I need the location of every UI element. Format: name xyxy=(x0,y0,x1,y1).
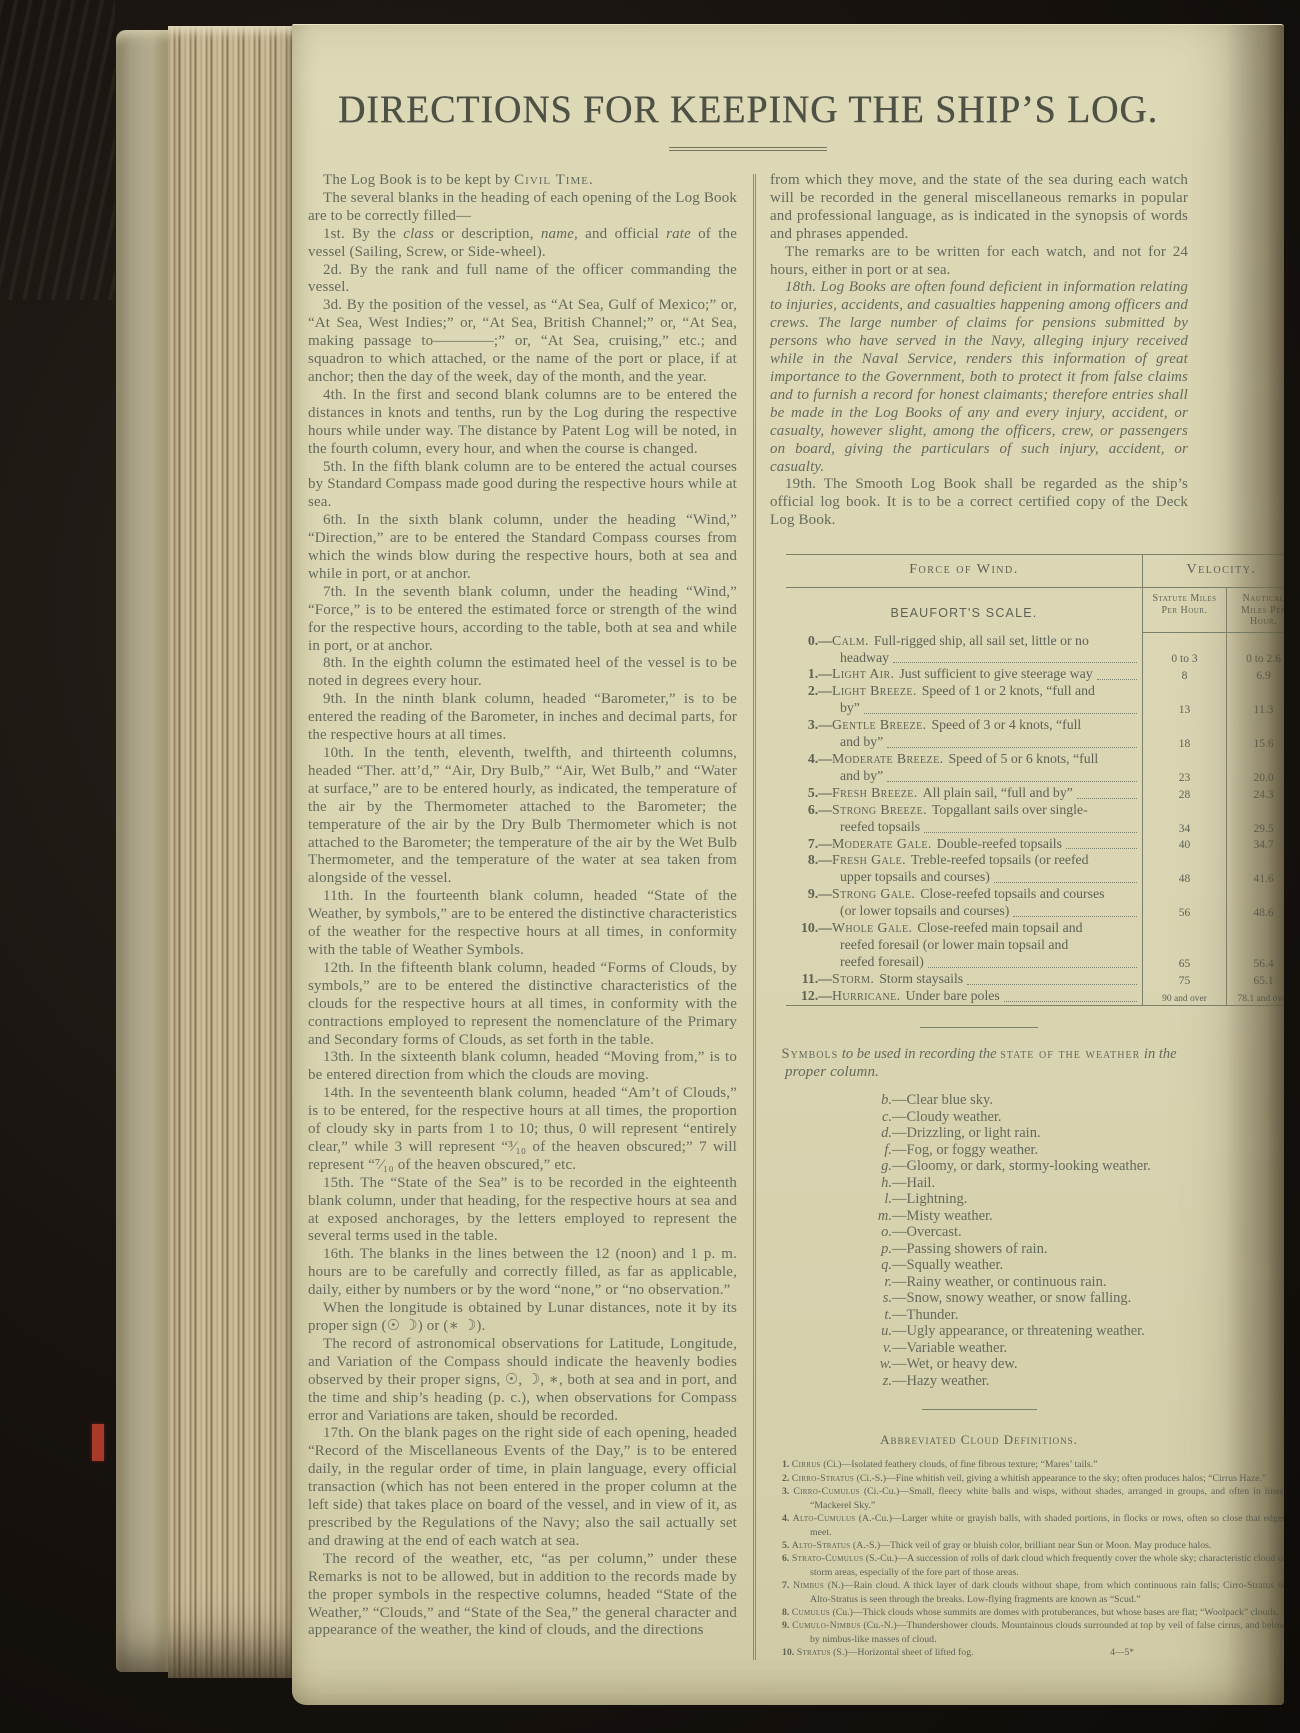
list-item: z.—Hazy weather. xyxy=(866,1373,1188,1390)
page-content: DIRECTIONS FOR KEEPING THE SHIP’S LOG. T… xyxy=(308,25,1188,1705)
item-14th: 14th. In the seventeenth blank column, h… xyxy=(308,1085,737,1175)
left-column: The Log Book is to be kept by Civil Time… xyxy=(308,172,737,1660)
list-item: 8. Cumulus (Cu.)—Thick clouds whose summ… xyxy=(770,1606,1284,1619)
item-3d: 3d. By the position of the vessel, as “A… xyxy=(308,297,737,387)
list-item: 9. Cumulo-Nimbus (Cu.-N.)—Thundershower … xyxy=(770,1619,1284,1646)
list-item: 4. Alto-Cumulus (A.-Cu.)—Larger white or… xyxy=(770,1512,1284,1539)
force-of-wind-header: Force of Wind. xyxy=(786,555,1142,587)
column-divider-rule xyxy=(753,174,756,1660)
list-item: l.—Lightning. xyxy=(866,1191,1188,1208)
table-row: 10.—Whole Gale.Close-reefed main topsail… xyxy=(786,920,1284,971)
scan-margin-streaks xyxy=(0,0,115,300)
statute-miles-header: Statute Miles Per Hour. xyxy=(1142,588,1226,633)
item-17th: 17th. On the blank pages on the right si… xyxy=(308,1425,737,1550)
item-7th: 7th. In the seventh blank column, under … xyxy=(308,584,737,656)
list-item: d.—Drizzling, or light rain. xyxy=(866,1125,1188,1142)
blanks-paragraph: The several blanks in the heading of eac… xyxy=(308,190,737,226)
table-row: 3.—Gentle Breeze.Speed of 3 or 4 knots, … xyxy=(786,717,1284,751)
list-item: f.—Fog, or foggy weather. xyxy=(866,1142,1188,1159)
cloud-definitions-list: 1. Cirrus (Ci.)—Isolated feathery clouds… xyxy=(770,1458,1284,1660)
list-item: s.—Snow, snowy weather, or snow falling. xyxy=(866,1290,1188,1307)
table-subheader-row: BEAUFORT'S SCALE. Statute Miles Per Hour… xyxy=(786,588,1284,633)
item-1st: 1st. By the class or description, name, … xyxy=(308,226,737,262)
list-item: c.—Cloudy weather. xyxy=(866,1109,1188,1126)
list-item: t.—Thunder. xyxy=(866,1307,1188,1324)
list-item: g.—Gloomy, or dark, stormy-looking weath… xyxy=(866,1158,1188,1175)
table-row: 1.—Light Air.Just sufficient to give ste… xyxy=(786,666,1284,683)
intro-paragraph: The Log Book is to be kept by Civil Time… xyxy=(308,172,737,190)
continuation-paragraph: from which they move, and the state of t… xyxy=(770,172,1188,244)
table-row: 6.—Strong Breeze.Topgallant sails over s… xyxy=(786,802,1284,836)
table-row: 9.—Strong Gale.Close-reefed topsails and… xyxy=(786,886,1284,920)
symbols-heading: Symbols to be used in recording the stat… xyxy=(744,1045,1214,1064)
cloud-definitions-heading: Abbreviated Cloud Definitions. xyxy=(770,1432,1188,1448)
table-row: 5.—Fresh Breeze.All plain sail, “full an… xyxy=(786,785,1284,802)
item-10th: 10th. In the tenth, eleventh, twelfth, a… xyxy=(308,745,737,888)
section-divider-rule xyxy=(920,1027,1038,1028)
list-item: 1. Cirrus (Ci.)—Isolated feathery clouds… xyxy=(770,1458,1284,1471)
list-item: 7. Nimbus (N.)—Rain cloud. A thick layer… xyxy=(770,1579,1284,1606)
item-4th: 4th. In the first and second blank colum… xyxy=(308,387,737,459)
item-19th: 19th. The Smooth Log Book shall be regar… xyxy=(770,476,1188,530)
item-15th: 15th. The “State of the Sea” is to be re… xyxy=(308,1175,737,1247)
right-column: from which they move, and the state of t… xyxy=(770,172,1188,1660)
scanned-page: DIRECTIONS FOR KEEPING THE SHIP’S LOG. T… xyxy=(292,24,1284,1705)
list-item: 6. Strato-Cumulus (S.-Cu.)—A succession … xyxy=(770,1552,1284,1579)
item-6th: 6th. In the sixth blank column, under th… xyxy=(308,512,737,584)
page-fore-edges xyxy=(168,26,296,1678)
astronomical-paragraph: The record of astronomical observations … xyxy=(308,1336,737,1426)
table-row: 2.—Light Breeze.Speed of 1 or 2 knots, “… xyxy=(786,683,1284,717)
item-11th: 11th. In the fourteenth blank column, he… xyxy=(308,888,737,960)
beaufort-scale-header: BEAUFORT'S SCALE. xyxy=(786,588,1142,633)
remarks-paragraph: The remarks are to be written for each w… xyxy=(770,244,1188,280)
list-item: 2. Cirro-Stratus (Ci.-S.)—Fine whitish v… xyxy=(770,1472,1284,1485)
list-item: 5. Alto-Stratus (A.-S.)—Thick veil of gr… xyxy=(770,1539,1284,1552)
list-item: r.—Rainy weather, or continuous rain. xyxy=(866,1274,1188,1291)
list-item: o.—Overcast. xyxy=(866,1224,1188,1241)
list-item: q.—Squally weather. xyxy=(866,1257,1188,1274)
list-item: h.—Hail. xyxy=(866,1175,1188,1192)
list-item: 3. Cirro-Cumulus (Ci.-Cu.)—Small, fleecy… xyxy=(770,1485,1284,1512)
item-2d: 2d. By the rank and full name of the off… xyxy=(308,262,737,298)
table-row: 0.—Calm.Full-rigged ship, all sail set, … xyxy=(786,633,1284,667)
list-item: v.—Variable weather. xyxy=(866,1340,1188,1357)
item-18th: 18th. Log Books are often found deficien… xyxy=(770,279,1188,476)
item-9th: 9th. In the ninth blank column, headed “… xyxy=(308,691,737,745)
list-item: u.—Ugly appearance, or threatening weath… xyxy=(866,1323,1188,1340)
page-title: DIRECTIONS FOR KEEPING THE SHIP’S LOG. xyxy=(321,87,1175,132)
table-row: 8.—Fresh Gale.Treble-reefed topsails (or… xyxy=(786,852,1284,886)
table-header-row: Force of Wind. Velocity. xyxy=(786,554,1284,588)
table-row: 4.—Moderate Breeze.Speed of 5 or 6 knots… xyxy=(786,751,1284,785)
two-column-text: The Log Book is to be kept by Civil Time… xyxy=(308,172,1188,1660)
table-body: 0.—Calm.Full-rigged ship, all sail set, … xyxy=(786,633,1284,1005)
lunar-paragraph: When the longitude is obtained by Lunar … xyxy=(308,1300,737,1336)
velocity-header: Velocity. xyxy=(1142,555,1284,587)
item-5th: 5th. In the fifth blank column are to be… xyxy=(308,459,737,513)
table-row: 11.—Storm.Storm staysails 75 65.1 xyxy=(786,971,1284,988)
title-divider-rule xyxy=(669,147,827,151)
book-cover-edge xyxy=(116,30,168,1672)
table-row: 12.—Hurricane.Under bare poles 90 and ov… xyxy=(786,988,1284,1005)
item-16th: 16th. The blanks in the lines between th… xyxy=(308,1246,737,1300)
item-12th: 12th. In the fifteenth blank column, hea… xyxy=(308,960,737,1050)
item-8th: 8th. In the eighth column the estimated … xyxy=(308,655,737,691)
list-item: w.—Wet, or heavy dew. xyxy=(866,1356,1188,1373)
wind-force-table: Force of Wind. Velocity. BEAUFORT'S SCAL… xyxy=(786,554,1284,1005)
section-divider-rule xyxy=(922,1409,1037,1410)
table-row: 7.—Moderate Gale.Double-reefed topsails … xyxy=(786,836,1284,853)
weather-record-paragraph: The record of the weather, etc, “as per … xyxy=(308,1551,737,1641)
weather-symbols-list: b.—Clear blue sky. c.—Cloudy weather. d.… xyxy=(866,1092,1188,1389)
symbols-heading-line2: proper column. xyxy=(770,1064,1188,1082)
red-bookmark xyxy=(92,1424,104,1461)
list-item: m.—Misty weather. xyxy=(866,1208,1188,1225)
item-13th: 13th. In the sixteenth blank column, hea… xyxy=(308,1049,737,1085)
list-item: b.—Clear blue sky. xyxy=(866,1092,1188,1109)
list-item: p.—Passing showers of rain. xyxy=(866,1241,1188,1258)
nautical-miles-header: Nautical Miles Per Hour. xyxy=(1226,588,1284,633)
